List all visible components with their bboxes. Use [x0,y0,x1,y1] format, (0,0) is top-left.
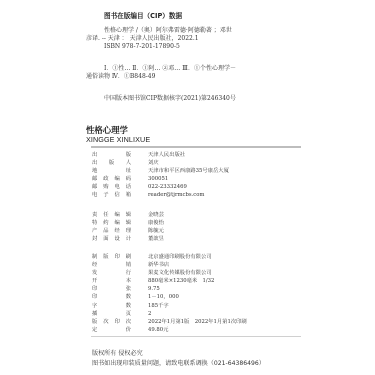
production-info: 制版印刷北京盛通印刷股份有限公司 经销新华书店 发行果麦文化传媒股份有限公司 开… [92,253,247,334]
divider-bottom [91,336,301,337]
info-row: 封面设计董歆昱 [92,235,164,243]
cip-heading: 图书在版编目（CIP）数据 [104,10,182,20]
info-row: 定价49.80元 [92,326,247,334]
cip-record: 性格心理学 /（奥）阿尔弗雷德·阿德勒著 ；邓世 彦译. -- 天津 ： 天津人… [86,27,276,52]
cip-isbn: ISBN 978-7-201-17890-5 [86,43,276,51]
publisher-info: 出版天津人民出版社 出版人刘庆 地址天津市和平区西康路35号康岳大厦 邮政编码3… [92,151,229,200]
info-row: 邮政编码300051 [92,175,229,183]
info-row: 特约编辑康俊怡 [92,219,164,227]
cip-record-line1: 性格心理学 /（奥）阿尔弗雷德·阿德勒著 ；邓世 [86,27,276,35]
info-row: 出版人刘庆 [92,159,229,167]
info-row: 开本880毫米×1230毫米 1/32 [92,277,247,285]
info-row: 制版印刷北京盛通印刷股份有限公司 [92,253,247,261]
info-row: 发行果麦文化传媒股份有限公司 [92,269,247,277]
info-row: 电子信箱reader@tjrmcbs.com [92,191,229,199]
info-row: 产品经理陈毓元 [92,227,164,235]
info-row: 地址天津市和平区西康路35号康岳大厦 [92,167,229,175]
info-row: 印张9.75 [92,285,247,293]
copyright-page: 图书在版编目（CIP）数据 性格心理学 /（奥）阿尔弗雷德·阿德勒著 ；邓世 彦… [0,0,375,375]
book-pinyin: XINGGE XINLIXUE [86,135,150,144]
info-row: 字数185千字 [92,302,247,310]
cip-classification: Ⅰ．①性… Ⅱ．①阿… ②邓… Ⅲ．①个性心理学－ 通俗读物 Ⅳ．①B848-4… [86,65,276,81]
divider-top [91,146,301,148]
editor-info: 责任编辑金晓芸 特约编辑康俊怡 产品经理陈毓元 封面设计董歆昱 [92,211,164,243]
info-row: 邮购电话022-23332469 [92,183,229,191]
quality-notice: 图书如出现印装质量问题，请致电联系调换（021-64386496） [92,358,265,367]
info-row: 版次印次2022年1月第1版 2022年1月第1次印刷 [92,318,247,326]
cip-record-line2: 彦译. -- 天津 ： 天津人民出版社，2022.1 [86,35,276,43]
info-row: 责任编辑金晓芸 [92,211,164,219]
info-row: 经销新华书店 [92,261,247,269]
info-row: 出版天津人民出版社 [92,151,229,159]
rights-notice: 版权所有 侵权必究 [92,348,143,357]
info-row: 印数1－10，000 [92,293,247,301]
cip-number: 中国版本图书馆CIP数据核字(2021)第246340号 [104,93,236,102]
info-row: 插页2 [92,310,247,318]
cip-classification-line1: Ⅰ．①性… Ⅱ．①阿… ②邓… Ⅲ．①个性心理学－ [86,65,276,73]
cip-classification-line2: 通俗读物 Ⅳ．①B848-49 [86,73,276,81]
